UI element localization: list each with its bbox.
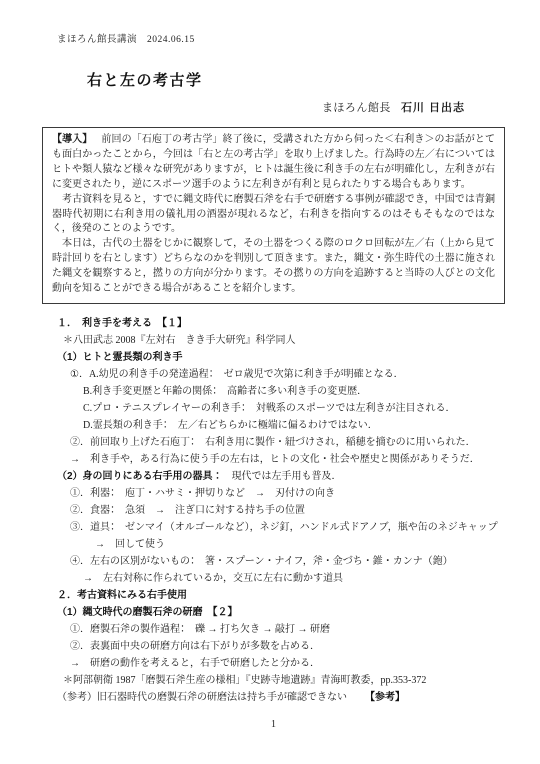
arrow-note-1-1: → 利き手や，ある行為に使う手の左右は，ヒトの文化・社会や歴史と関係がありそうだ… xyxy=(42,451,505,468)
header-note: まほろん館長講演 2024.06.15 xyxy=(57,31,505,45)
list-item-1-2-1: ①．利器： 庖丁・ハサミ・押切りなど → 刃付けの向き xyxy=(42,485,505,502)
section-2-1-heading: （1）縄文時代の磨製石斧の研磨 【２】 xyxy=(42,604,505,621)
intro-box: 【導入】前回の「石庖丁の考古学」終了後に，受講された方から伺った＜右利き＞のお話… xyxy=(42,127,505,304)
intro-paragraph-1-text: 前回の「石庖丁の考古学」終了後に，受講された方から伺った＜右利き＞のお話がとても… xyxy=(52,134,495,190)
list-item-1-2-4: ④．左右の区別がないもの： 箸・スプーン・ナイフ，斧・金づち・錐・カンナ（鉋） xyxy=(42,553,505,570)
list-item-1-2-2: ②．食器： 急須 → 注ぎ口に対する持ち手の位置 xyxy=(42,502,505,519)
intro-label: 【導入】 xyxy=(52,134,92,145)
section-1-2-note: 現代では左手用も普及． xyxy=(232,471,342,482)
page-title: 右と左の考古学 xyxy=(87,69,505,90)
section-2-heading: ２．考古資料にみる右手使用 xyxy=(42,587,505,604)
section-2-remark-tag: 【参考】 xyxy=(365,692,405,703)
author-name: 石川 日出志 xyxy=(401,102,465,114)
list-item-1-1-d: D.霊長類の利き手： 左／右どちらかに極端に偏るわけではない． xyxy=(42,417,505,434)
document-page: まほろん館長講演 2024.06.15 右と左の考古学 まほろん館長石川 日出志… xyxy=(0,0,540,764)
intro-paragraph-1: 【導入】前回の「石庖丁の考古学」終了後に，受講された方から伺った＜右利き＞のお話… xyxy=(52,133,495,193)
section-1-reference: ＊八田武志 2008『左対右 きき手大研究』科学同人 xyxy=(42,332,505,349)
author-line: まほろん館長石川 日出志 xyxy=(42,99,465,115)
list-item-2-1-1: ①．磨製石斧の製作過程： 礫 → 打ち欠き → 敲打 → 研磨 xyxy=(42,621,505,638)
section-1-2-heading: （2）身の回りにある右手用の器具：現代では左手用も普及． xyxy=(42,468,505,485)
list-item-1-2-3: ③．道具： ゼンマイ（オルゴールなど），ネジ釘，ハンドル式ドアノブ，瓶や缶のネジ… xyxy=(42,519,505,553)
section-2-remark: （参考）旧石器時代の磨製石斧の研磨法は持ち手が確認できない【参考】 xyxy=(42,689,505,706)
section-2-reference: ＊阿部朝衛 1987「磨製石斧生産の様相」『史跡寺地遺跡』青海町教委，pp.35… xyxy=(42,672,505,689)
page-number: 1 xyxy=(42,719,505,730)
list-item-1-1-2: ②．前回取り上げた石庖丁： 右利き用に製作・紐づけされ，稲穂を摘むのに用いられた… xyxy=(42,434,505,451)
arrow-note-1-2: → 左右対称に作られているか，交互に左右に動かす道具 xyxy=(42,570,505,587)
list-item-1-1-b: B.利き手変更歴と年齢の関係： 高齢者に多い利き手の変更歴． xyxy=(42,383,505,400)
author-role: まほろん館長 xyxy=(322,102,391,114)
list-item-2-1-2: ②．表裏面中央の研磨方向は右下がりが多数を占める． xyxy=(42,638,505,655)
intro-paragraph-3: 本日は，古代の土器をじかに観察して，その土器をつくる際のロクロ回転が左／右（上か… xyxy=(52,237,495,297)
arrow-note-2-1: → 研磨の動作を考えると，右手で研磨したと分かる． xyxy=(42,655,505,672)
section-1-heading: １． 利き手を考える 【１】 xyxy=(42,315,505,332)
section-1-2-heading-text: （2）身の回りにある右手用の器具： xyxy=(57,471,223,482)
intro-paragraph-2: 考古資料を見ると，すでに縄文時代に磨製石斧を右手で研磨する事例が確認でき，中国で… xyxy=(52,193,495,238)
document-body: １． 利き手を考える 【１】 ＊八田武志 2008『左対右 きき手大研究』科学同… xyxy=(42,315,505,706)
list-item-1-1-a: ①．A.幼児の利き手の発達過程： ゼロ歳児で次第に利き手が明確となる． xyxy=(42,366,505,383)
section-2-remark-text: （参考）旧石器時代の磨製石斧の研磨法は持ち手が確認できない xyxy=(57,692,347,703)
list-item-1-1-c: C.プロ・テニスプレイヤーの利き手： 対戦系のスポーツでは左利きが注目される． xyxy=(42,400,505,417)
section-1-1-heading: （1）ヒトと霊長類の利き手 xyxy=(42,349,505,366)
